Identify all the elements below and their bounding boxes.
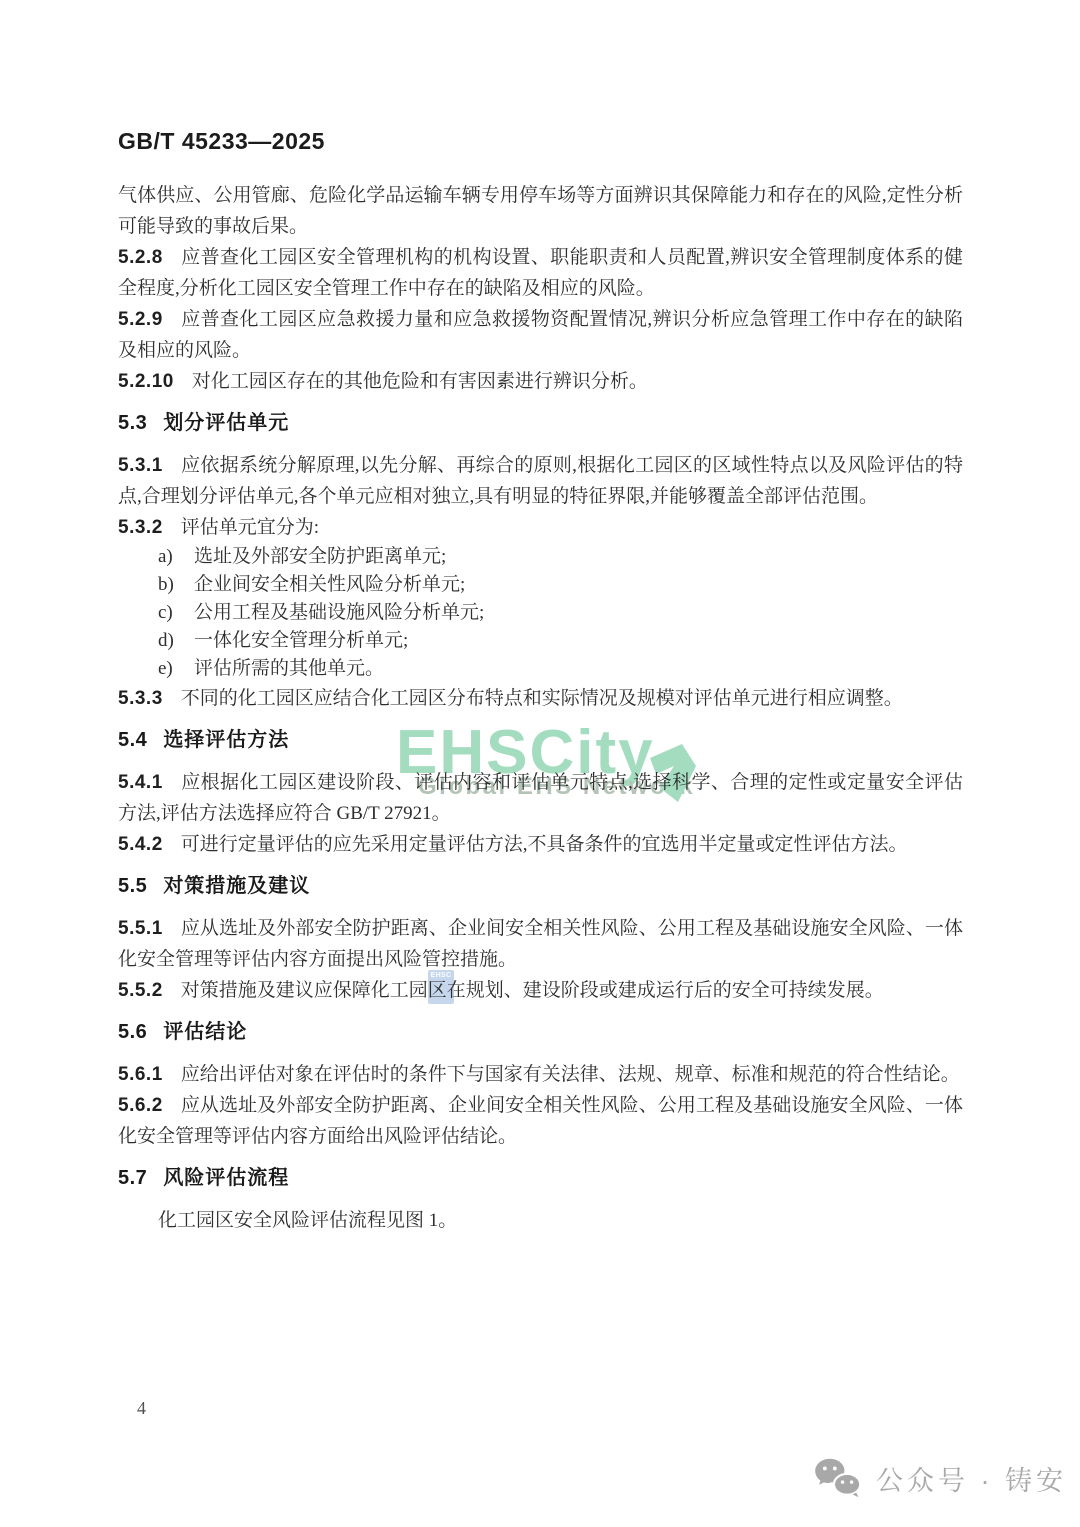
clause-5-5-1: 5.5.1应从选址及外部安全防护距离、企业间安全相关性风险、公用工程及基础设施安… [118,913,963,975]
heading-number: 5.6 [118,1021,147,1043]
clause-5-2-9: 5.2.9应普查化工园区应急救援力量和应急救援物资配置情况,辨识分析应急管理工作… [118,304,963,366]
list-item-text: 企业间安全相关性风险分析单元; [194,574,465,595]
clause-text: 不同的化工园区应结合化工园区分布特点和实际情况及规模对评估单元进行相应调整。 [181,688,903,709]
clause-number: 5.3.2 [118,517,163,538]
clause-5-2-8: 5.2.8应普查化工园区安全管理机构的机构设置、职能职责和人员配置,辨识安全管理… [118,242,963,304]
clause-5-3-1: 5.3.1应依据系统分解原理,以先分解、再综合的原则,根据化工园区的区域性特点以… [118,450,963,512]
heading-5-3: 5.3划分评估单元 [118,408,963,439]
doc-number: GB/T 45233—2025 [118,128,325,155]
wechat-footer: 公众号 · 铸安 [814,1458,1067,1498]
clause-number: 5.5.1 [118,918,163,939]
list-item-label: b) [158,571,194,599]
heading-text: 风险评估流程 [163,1167,289,1189]
clause-text: 应依据系统分解原理,以先分解、再综合的原则,根据化工园区的区域性特点以及风险评估… [118,455,963,507]
clause-number: 5.3.3 [118,688,163,709]
list-item-label: a) [158,543,194,571]
heading-number: 5.4 [118,729,147,751]
heading-5-7: 5.7风险评估流程 [118,1163,963,1194]
clause-text: 应普查化工园区安全管理机构的机构设置、职能职责和人员配置,辨识安全管理制度体系的… [118,247,963,299]
clause-text: 应从选址及外部安全防护距离、企业间安全相关性风险、公用工程及基础设施安全风险、一… [118,1095,963,1147]
clause-text: 对策措施及建议应保障化工园区在规划、建设阶段或建成运行后的安全可持续发展。 [181,980,884,1001]
list-item-text: 公用工程及基础设施风险分析单元; [194,602,484,623]
list-item-c: c)公用工程及基础设施风险分析单元; [118,599,963,627]
clause-text: 应从选址及外部安全防护距离、企业间安全相关性风险、公用工程及基础设施安全风险、一… [118,918,963,970]
document-page: EHSCity Global EHS Network EHSC GB/T 452… [0,0,1080,1527]
heading-5-4: 5.4选择评估方法 [118,725,963,756]
clause-number: 5.6.2 [118,1095,163,1116]
heading-5-6: 5.6评估结论 [118,1017,963,1048]
heading-number: 5.7 [118,1167,147,1189]
heading-5-5: 5.5对策措施及建议 [118,871,963,902]
clause-number: 5.2.10 [118,371,174,392]
heading-text: 划分评估单元 [163,412,289,434]
clause-text: 应给出评估对象在评估时的条件下与国家有关法律、法规、规章、标准和规范的符合性结论… [181,1064,960,1085]
wechat-account-label: 公众号 · 铸安 [876,1459,1067,1498]
list-item-text: 评估所需的其他单元。 [194,658,384,679]
clause-number: 5.3.1 [118,455,163,476]
clause-5-3-3: 5.3.3不同的化工园区应结合化工园区分布特点和实际情况及规模对评估单元进行相应… [118,683,963,714]
clause-text: 评估单元宜分为: [181,517,319,538]
paragraph-figure-reference: 化工园区安全风险评估流程见图 1。 [118,1205,963,1236]
heading-number: 5.5 [118,875,147,897]
list-item-text: 一体化安全管理分析单元; [194,630,408,651]
clause-text: 应根据化工园区建设阶段、评估内容和评估单元特点,选择科学、合理的定性或定量安全评… [118,772,963,824]
clause-5-3-2: 5.3.2评估单元宜分为: [118,512,963,543]
clause-number: 5.4.1 [118,772,163,793]
heading-text: 对策措施及建议 [163,875,310,897]
paragraph-continued: 气体供应、公用管廊、危险化学品运输车辆专用停车场等方面辨识其保障能力和存在的风险… [118,180,963,242]
clause-5-6-1: 5.6.1应给出评估对象在评估时的条件下与国家有关法律、法规、规章、标准和规范的… [118,1059,963,1090]
list-item-e: e)评估所需的其他单元。 [118,655,963,683]
heading-number: 5.3 [118,412,147,434]
clause-5-5-2: 5.5.2对策措施及建议应保障化工园区在规划、建设阶段或建成运行后的安全可持续发… [118,975,963,1006]
clause-5-4-1: 5.4.1应根据化工园区建设阶段、评估内容和评估单元特点,选择科学、合理的定性或… [118,767,963,829]
clause-text: 可进行定量评估的应先采用定量评估方法,不具备条件的宜选用半定量或定性评估方法。 [181,834,908,855]
list-item-b: b)企业间安全相关性风险分析单元; [118,571,963,599]
clause-number: 5.2.9 [118,309,163,330]
clause-number: 5.6.1 [118,1064,163,1085]
clause-number: 5.5.2 [118,980,163,1001]
list-item-d: d)一体化安全管理分析单元; [118,627,963,655]
list-item-label: e) [158,655,194,683]
wechat-icon [814,1458,862,1498]
clause-number: 5.2.8 [118,247,163,268]
heading-text: 选择评估方法 [163,729,289,751]
clause-text: 对化工园区存在的其他危险和有害因素进行辨识分析。 [192,371,648,392]
clause-5-2-10: 5.2.10对化工园区存在的其他危险和有害因素进行辨识分析。 [118,366,963,397]
list-item-label: c) [158,599,194,627]
list-item-label: d) [158,627,194,655]
page-number: 4 [137,1398,146,1419]
list-item-text: 选址及外部安全防护距离单元; [194,546,446,567]
heading-text: 评估结论 [163,1021,247,1043]
list-item-a: a)选址及外部安全防护距离单元; [118,543,963,571]
clause-number: 5.4.2 [118,834,163,855]
clause-text: 应普查化工园区应急救援力量和应急救援物资配置情况,辨识分析应急管理工作中存在的缺… [118,309,963,361]
document-body: 气体供应、公用管廊、危险化学品运输车辆专用停车场等方面辨识其保障能力和存在的风险… [118,180,963,1236]
clause-5-6-2: 5.6.2应从选址及外部安全防护距离、企业间安全相关性风险、公用工程及基础设施安… [118,1090,963,1152]
clause-5-4-2: 5.4.2可进行定量评估的应先采用定量评估方法,不具备条件的宜选用半定量或定性评… [118,829,963,860]
